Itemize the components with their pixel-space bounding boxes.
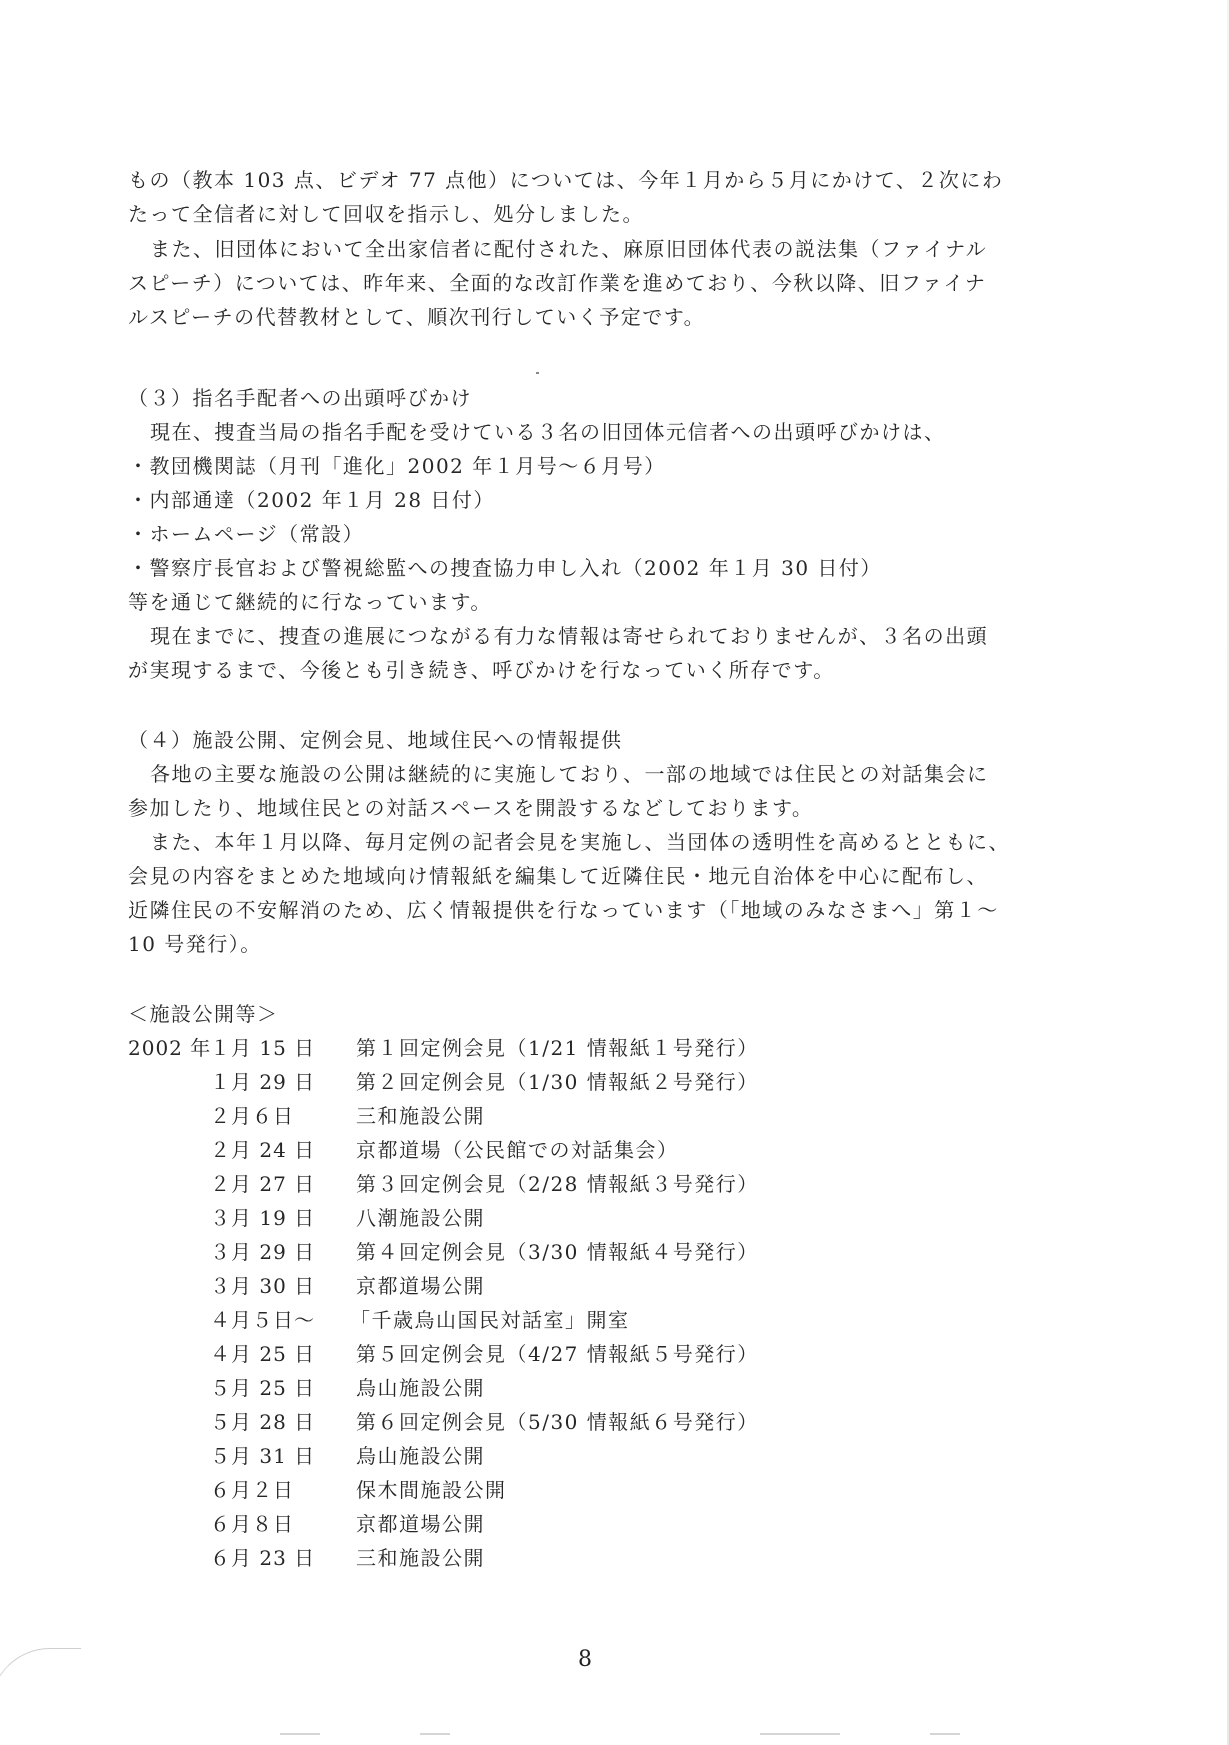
scan-artifact-curve (0, 1648, 81, 1709)
schedule-event: 京都道場公開 (356, 1273, 485, 1299)
bullet-item: ・内部通達（2002 年１月 28 日付） (128, 487, 495, 513)
schedule-event: 「千歳烏山国民対話室」開室 (350, 1307, 630, 1333)
schedule-event: 烏山施設公開 (356, 1375, 485, 1401)
schedule-event: 第１回定例会見（1/21 情報紙１号発行） (356, 1035, 759, 1061)
section-heading-3: （３）指名手配者への出頭呼びかけ (128, 385, 472, 411)
schedule-date: ５月 25 日 (210, 1375, 315, 1401)
schedule-event: 第６回定例会見（5/30 情報紙６号発行） (356, 1409, 759, 1435)
bullet-item: ・教団機関誌（月刊「進化」2002 年１月号～６月号） (128, 453, 666, 479)
schedule-event: 保木間施設公開 (356, 1477, 507, 1503)
document-page: もの（教本 103 点、ビデオ 77 点他）については、今年１月から５月にかけて… (0, 0, 1229, 1745)
schedule-event: 第２回定例会見（1/30 情報紙２号発行） (356, 1069, 759, 1095)
scan-noise (760, 1733, 840, 1735)
paragraph-line: たって全信者に対して回収を指示し、処分しました。 (128, 201, 644, 227)
paragraph-line: もの（教本 103 点、ビデオ 77 点他）については、今年１月から５月にかけて… (128, 167, 1003, 193)
schedule-date: ５月 28 日 (210, 1409, 315, 1435)
bullet-item: ・警察庁長官および警視総監への捜査協力申し入れ（2002 年１月 30 日付） (128, 555, 882, 581)
schedule-date: ３月 29 日 (210, 1239, 315, 1265)
schedule-event: 京都道場公開 (356, 1511, 485, 1537)
section4-paragraph-line: また、本年１月以降、毎月定例の記者会見を実施し、当団体の透明性を高めるとともに、 (150, 829, 1010, 855)
schedule-date: ６月８日 (210, 1511, 294, 1537)
section4-paragraph-line: 10 号発行）。 (128, 931, 262, 957)
scan-noise (280, 1733, 320, 1735)
scan-noise (930, 1733, 960, 1735)
schedule-event: 京都道場（公民館での対話集会） (356, 1137, 679, 1163)
schedule-date: ４月 25 日 (210, 1341, 315, 1367)
schedule-date: ２月 24 日 (210, 1137, 315, 1163)
section4-paragraph-line: 参加したり、地域住民との対話スペースを開設するなどしております。 (128, 795, 813, 821)
schedule-event: 三和施設公開 (356, 1103, 485, 1129)
section3-closing-line: が実現するまで、今後とも引き続き、呼びかけを行なっていく所存です。 (128, 657, 835, 683)
schedule-event: 第４回定例会見（3/30 情報紙４号発行） (356, 1239, 759, 1265)
schedule-year: 2002 年 (128, 1035, 211, 1061)
page-number: 8 (578, 1647, 592, 1673)
section4-paragraph-line: 各地の主要な施設の公開は継続的に実施しており、一部の地域では住民との対話集会に (150, 761, 989, 787)
paragraph-line: ルスピーチの代替教材として、順次刊行していく予定です。 (128, 304, 705, 330)
schedule-date: ５月 31 日 (210, 1443, 315, 1469)
schedule-event: 第５回定例会見（4/27 情報紙５号発行） (356, 1341, 759, 1367)
section4-paragraph-line: 近隣住民の不安解消のため、広く情報提供を行なっています（「地域のみなさまへ」第１… (128, 897, 999, 923)
section4-paragraph-line: 会見の内容をまとめた地域向け情報紙を編集して近隣住民・地元自治体を中心に配布し、 (128, 863, 988, 889)
bullet-item: ・ホームページ（常設） (128, 521, 364, 547)
schedule-date: ２月６日 (210, 1103, 294, 1129)
schedule-event: 八潮施設公開 (356, 1205, 485, 1231)
section3-intro: 現在、捜査当局の指名手配を受けている３名の旧団体元信者への出頭呼びかけは、 (150, 419, 946, 445)
schedule-date: ３月 19 日 (210, 1205, 315, 1231)
scan-noise (420, 1733, 450, 1735)
schedule-title: ＜施設公開等＞ (128, 1001, 279, 1027)
schedule-date: ４月５日～ (210, 1307, 315, 1333)
schedule-date: ６月 23 日 (210, 1545, 315, 1571)
section-heading-4: （４）施設公開、定例会見、地域住民への情報提供 (128, 727, 623, 753)
schedule-event: 烏山施設公開 (356, 1443, 485, 1469)
section3-after-bullets: 等を通じて継続的に行なっています。 (128, 589, 492, 615)
paragraph-line: また、旧団体において全出家信者に配付された、麻原旧団体代表の説法集（ファイナル (150, 236, 987, 262)
schedule-date: １月 15 日 (210, 1035, 315, 1061)
schedule-event: 三和施設公開 (356, 1545, 485, 1571)
schedule-date: ６月２日 (210, 1477, 294, 1503)
scan-speck (536, 372, 539, 374)
paragraph-line: スピーチ）については、昨年来、全面的な改訂作業を進めており、今秋以降、旧ファイナ (128, 270, 986, 296)
schedule-event: 第３回定例会見（2/28 情報紙３号発行） (356, 1171, 759, 1197)
schedule-date: ２月 27 日 (210, 1171, 315, 1197)
section3-closing-line: 現在までに、捜査の進展につながる有力な情報は寄せられておりませんが、３名の出頭 (150, 623, 988, 649)
schedule-date: ３月 30 日 (210, 1273, 315, 1299)
schedule-date: １月 29 日 (210, 1069, 315, 1095)
